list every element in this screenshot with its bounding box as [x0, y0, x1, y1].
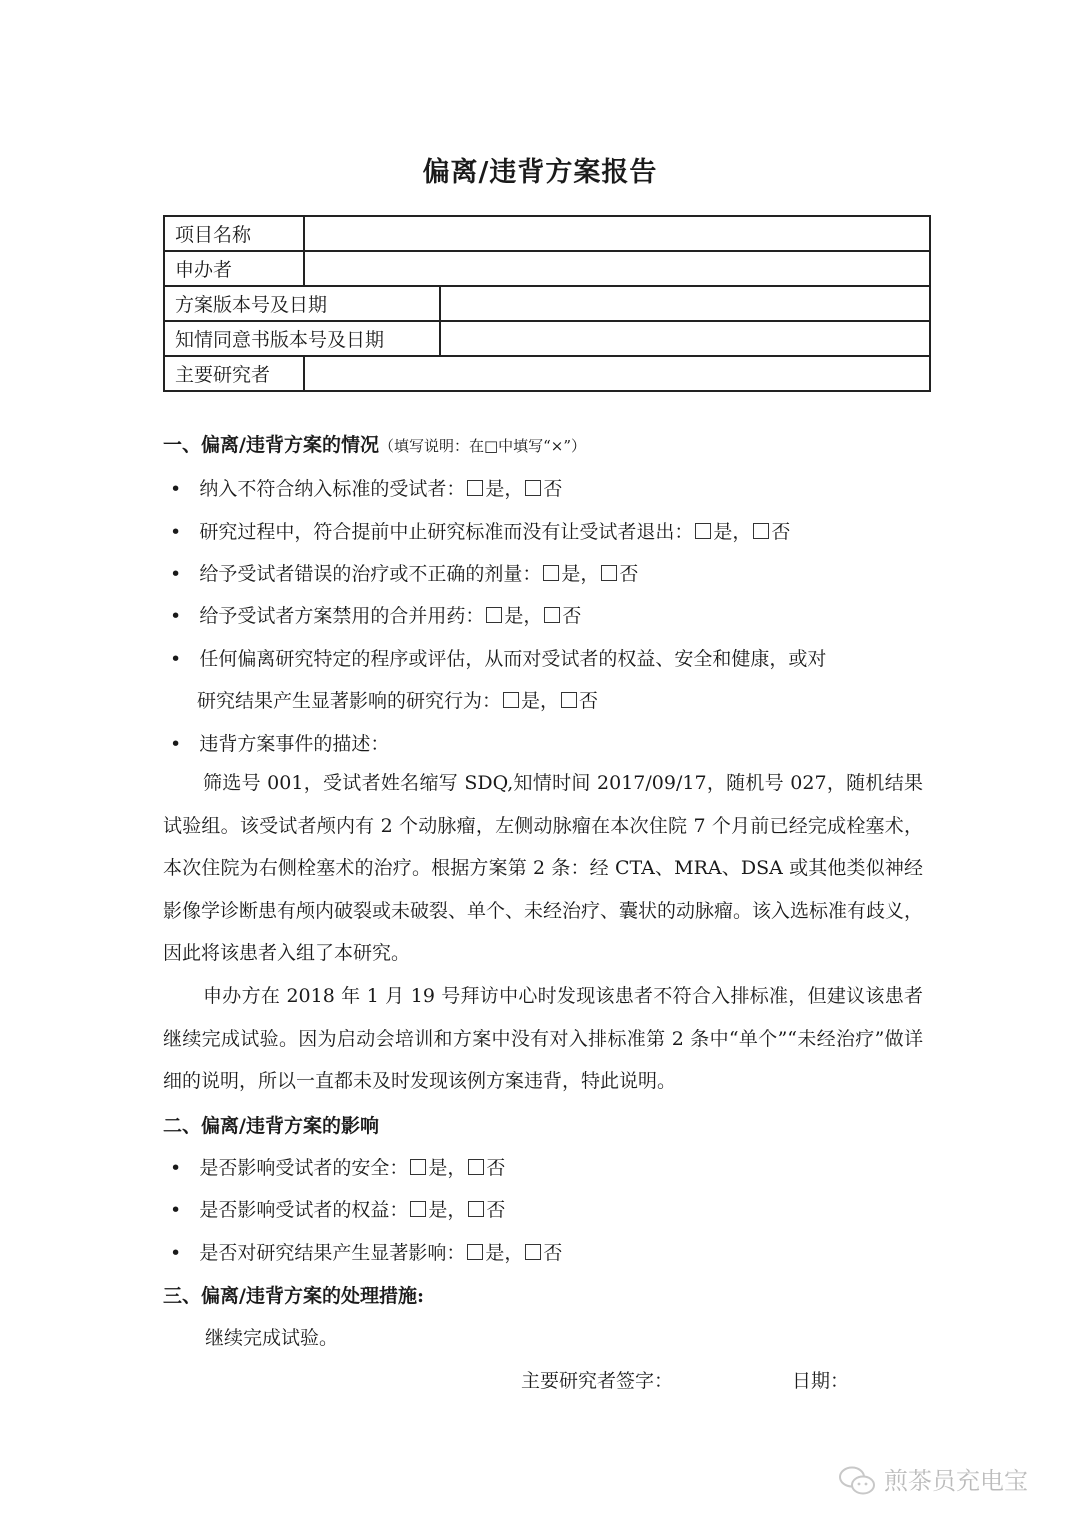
checkbox-no[interactable]	[544, 607, 560, 623]
checkbox-yes[interactable]	[467, 480, 483, 496]
checkbox-no[interactable]	[525, 1244, 541, 1260]
section3-heading: 三、偏离/违背方案的处理措施:	[163, 1281, 424, 1308]
description-paragraph-2: 申办方在 2018 年 1 月 19 号拜访中心时发现该患者不符合入排标准，但建…	[163, 975, 923, 1103]
checkbox-yes[interactable]	[410, 1159, 426, 1175]
label-protocol-version: 方案版本号及日期	[164, 286, 440, 321]
list-item: • 给予受试者错误的治疗或不正确的剂量：是，否	[170, 559, 638, 586]
checkbox-no[interactable]	[468, 1201, 484, 1217]
label-icf-version: 知情同意书版本号及日期	[164, 321, 440, 356]
list-item: • 违背方案事件的描述：	[170, 729, 389, 756]
checkbox-no[interactable]	[601, 565, 617, 581]
document-title: 偏离/违背方案报告	[0, 150, 1080, 189]
table-row: 方案版本号及日期	[164, 286, 930, 321]
checkbox-yes[interactable]	[695, 523, 711, 539]
list-item-continuation: 研究结果产生显著影响的研究行为：是，否	[197, 686, 598, 713]
wechat-icon	[838, 1465, 878, 1499]
field-principal-investigator[interactable]	[304, 356, 930, 391]
list-item: • 研究过程中，符合提前中止研究标准而没有让受试者退出：是，否	[170, 517, 790, 544]
checkbox-yes[interactable]	[410, 1201, 426, 1217]
table-row: 主要研究者	[164, 356, 930, 391]
info-table: 项目名称 申办者 方案版本号及日期 知情同意书版本号及日期 主要研究者	[163, 215, 931, 392]
checkbox-no[interactable]	[561, 692, 577, 708]
list-item: • 是否对研究结果产生显著影响：是，否	[170, 1238, 562, 1265]
field-sponsor[interactable]	[304, 251, 930, 286]
list-item: • 任何偏离研究特定的程序或评估，从而对受试者的权益、安全和健康，或对	[170, 644, 826, 671]
checkbox-no[interactable]	[753, 523, 769, 539]
field-icf-version[interactable]	[440, 321, 930, 356]
list-item: • 纳入不符合纳入标准的受试者：是，否	[170, 474, 562, 501]
table-row: 知情同意书版本号及日期	[164, 321, 930, 356]
watermark: 煎茶员充电宝	[838, 1461, 1028, 1499]
pi-signature-label: 主要研究者签字：	[521, 1366, 673, 1393]
checkbox-yes[interactable]	[503, 692, 519, 708]
checkbox-no[interactable]	[468, 1159, 484, 1175]
list-item: • 是否影响受试者的权益：是，否	[170, 1195, 505, 1222]
table-row: 项目名称	[164, 216, 930, 251]
checkbox-no[interactable]	[525, 480, 541, 496]
checkbox-yes[interactable]	[543, 565, 559, 581]
fill-instruction: （填写说明：在□中填写“×”）	[379, 437, 586, 455]
description-paragraph-1: 筛选号 001，受试者姓名缩写 SDQ,知情时间 2017/09/17，随机号 …	[163, 762, 923, 975]
date-label: 日期：	[792, 1366, 849, 1393]
label-project-name: 项目名称	[164, 216, 304, 251]
list-item: • 是否影响受试者的安全：是，否	[170, 1153, 505, 1180]
field-project-name[interactable]	[304, 216, 930, 251]
handling-measure: 继续完成试验。	[205, 1323, 338, 1350]
checkbox-yes[interactable]	[486, 607, 502, 623]
section2-heading: 二、偏离/违背方案的影响	[163, 1111, 379, 1138]
label-sponsor: 申办者	[164, 251, 304, 286]
section1-heading: 一、偏离/违背方案的情况（填写说明：在□中填写“×”）	[163, 430, 586, 457]
label-principal-investigator: 主要研究者	[164, 356, 304, 391]
list-item: • 给予受试者方案禁用的合并用药：是，否	[170, 601, 581, 628]
table-row: 申办者	[164, 251, 930, 286]
checkbox-yes[interactable]	[467, 1244, 483, 1260]
field-protocol-version[interactable]	[440, 286, 930, 321]
